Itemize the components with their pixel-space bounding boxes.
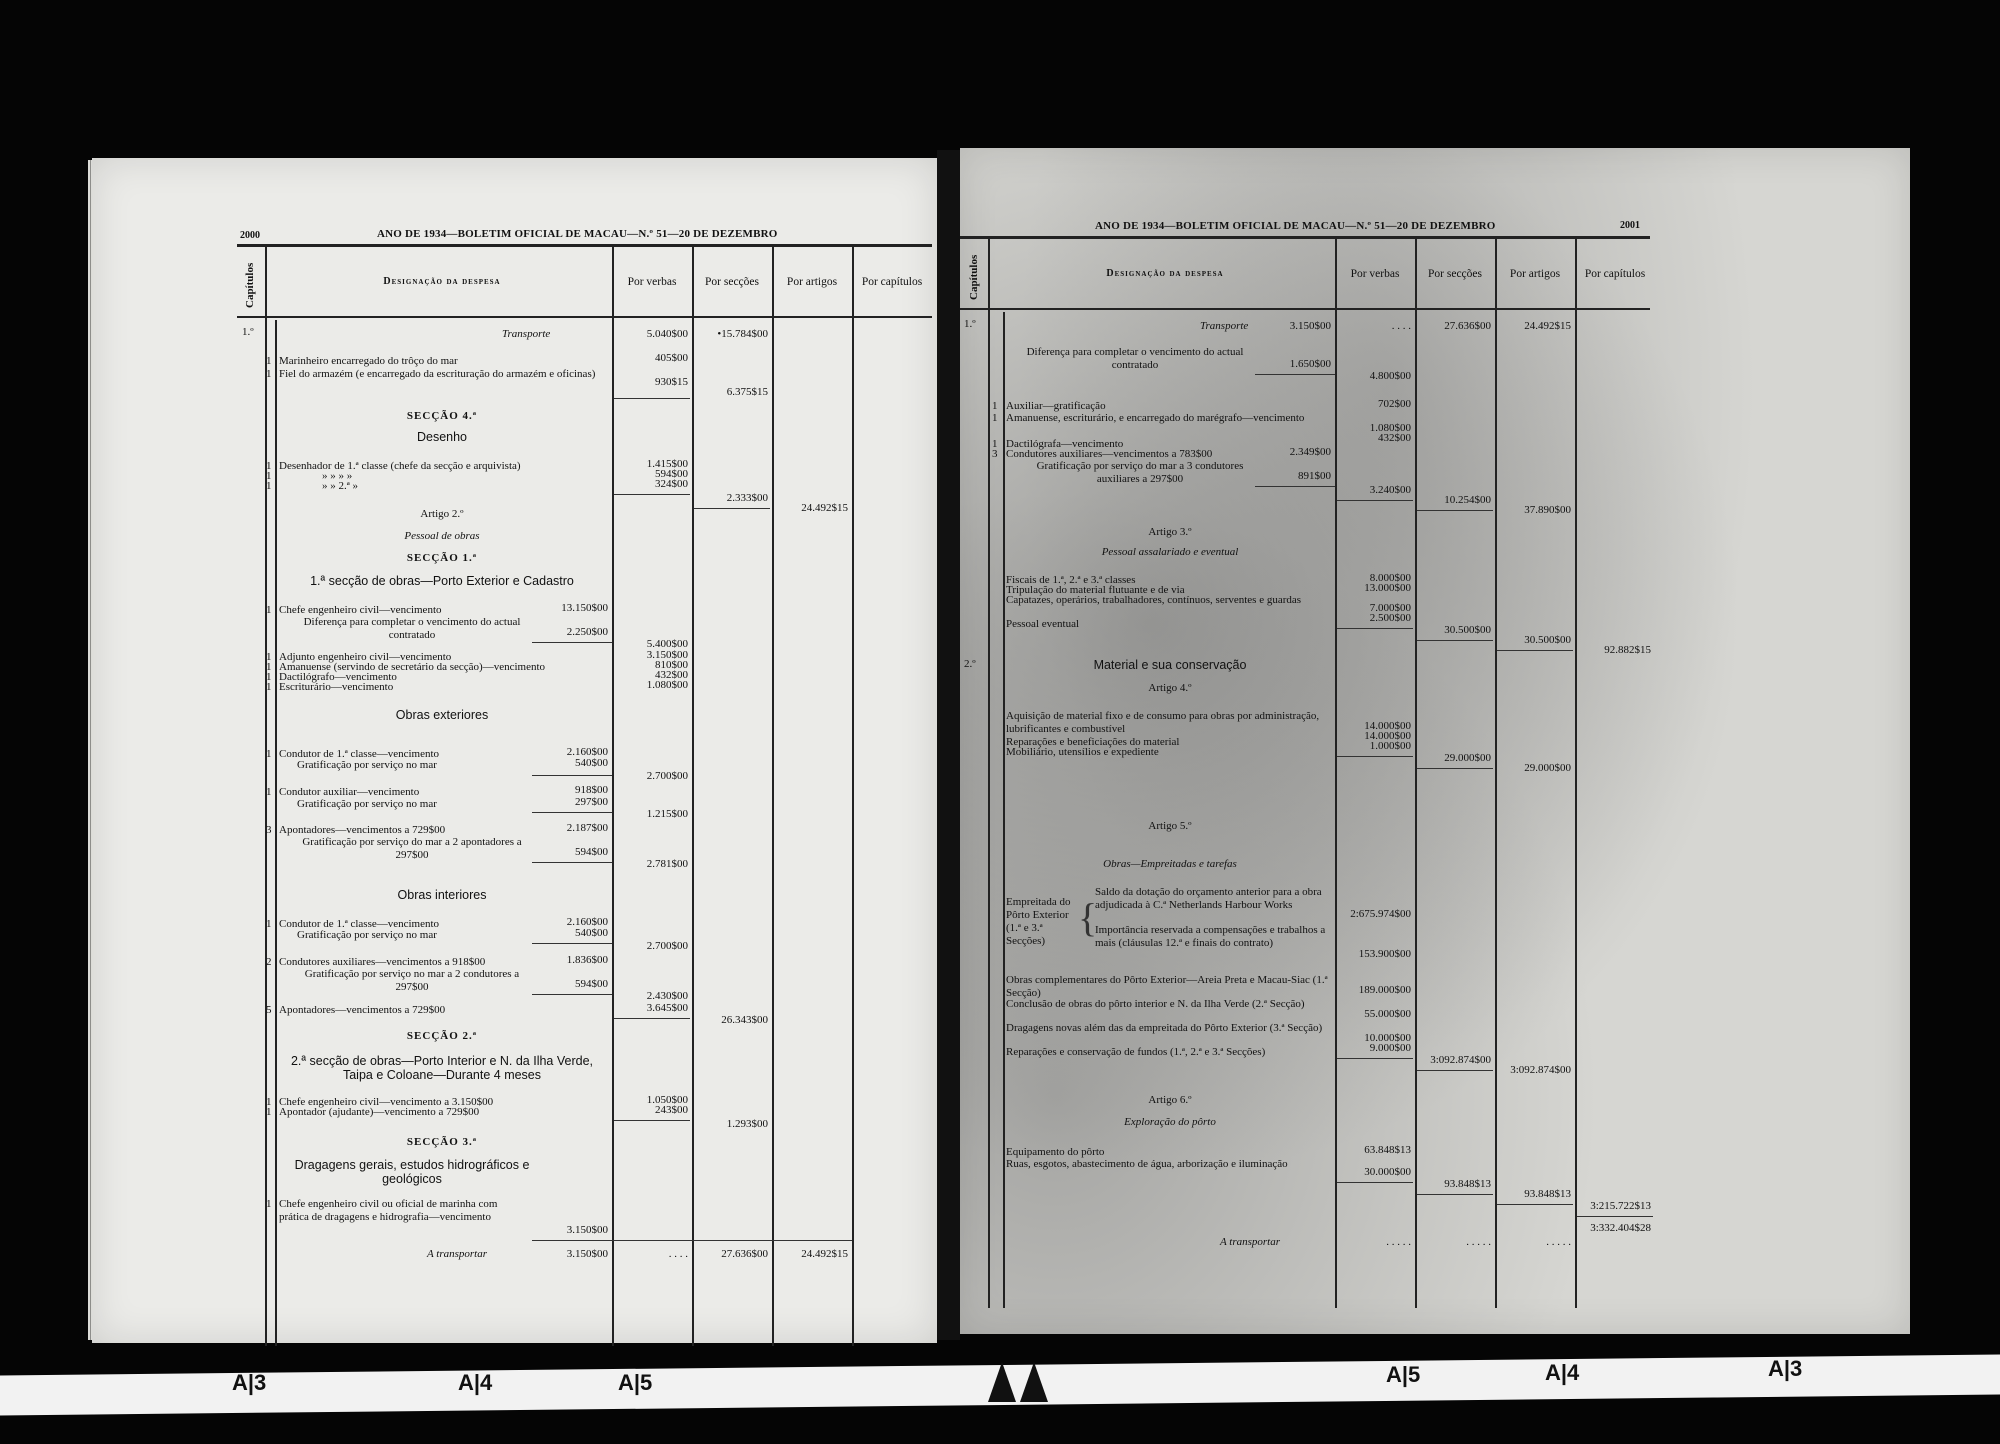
line-item: Conclusão de obras do pôrto interior e N… bbox=[1006, 998, 1331, 1011]
col-capitulos: Capítulos bbox=[968, 255, 980, 300]
subtotal-rule bbox=[1337, 628, 1413, 629]
line-item: Marinheiro encarregado do trôço do mar bbox=[279, 355, 458, 368]
right-page: ANO DE 1934—BOLETIM OFICIAL DE MACAU—N.º… bbox=[960, 148, 1910, 1334]
subtotal-rule bbox=[1577, 1216, 1653, 1217]
subtotal-rule bbox=[532, 1240, 852, 1241]
column-divider bbox=[612, 246, 614, 1346]
grand-total: 3:332.404$28 bbox=[1575, 1222, 1651, 1234]
line-item: Amanuense, escriturário, e encarregado d… bbox=[1006, 412, 1331, 425]
subtotal-rule bbox=[614, 1018, 690, 1019]
transporte-label: Transporte bbox=[502, 328, 550, 341]
line-item: Diferença para completar o vencimento do… bbox=[297, 616, 527, 642]
subtotal-rule bbox=[614, 1120, 690, 1121]
line-item: Importância reservada a compensações e t… bbox=[1095, 924, 1330, 950]
line-item: Apontador (ajudante)—vencimento a 729$00 bbox=[279, 1106, 479, 1119]
subtotal-rule bbox=[1417, 1070, 1493, 1071]
section-title: Material e sua conservação bbox=[1010, 658, 1330, 672]
article-subtitle: Exploração do pôrto bbox=[1010, 1116, 1330, 1128]
article-heading: Artigo 2.º bbox=[282, 508, 602, 520]
column-divider bbox=[692, 246, 694, 1346]
line-item: Apontadores—vencimentos a 729$00 bbox=[279, 1004, 445, 1017]
section-title: Obras interiores bbox=[282, 888, 602, 902]
line-item: Desenhador de 1.ª classe (chefe da secçã… bbox=[279, 460, 521, 473]
line-item: Diferença para completar o vencimento do… bbox=[1020, 346, 1250, 372]
book-gutter bbox=[937, 150, 960, 1340]
line-item: Mobiliário, utensílios e expediente bbox=[1006, 746, 1159, 759]
header-bottom-rule bbox=[237, 316, 932, 318]
column-divider bbox=[772, 246, 774, 1346]
transporte-seccoes: •15.784$00 bbox=[692, 328, 768, 340]
article-heading: Artigo 5.º bbox=[1010, 820, 1330, 832]
subtotal-rule bbox=[1417, 640, 1493, 641]
line-item: » » 2.ª » bbox=[322, 480, 358, 493]
column-divider bbox=[1575, 238, 1577, 1308]
line-item: Fiel do armazém (e encarregado da escrit… bbox=[279, 368, 609, 381]
frame-mark: A|3 bbox=[232, 1370, 266, 1396]
subtotal-rule bbox=[1255, 486, 1335, 487]
running-header: ANO DE 1934—BOLETIM OFICIAL DE MACAU—N.º… bbox=[1095, 220, 1496, 232]
subtotal-rule bbox=[1255, 374, 1335, 375]
subtotal-rule bbox=[614, 494, 690, 495]
header-rule bbox=[237, 244, 932, 247]
a-transportar-label: A transportar bbox=[427, 1248, 487, 1261]
subtotal-rule bbox=[694, 508, 770, 509]
article-subtitle: Pessoal assalariado e eventual bbox=[1010, 546, 1330, 558]
section-title: Dragagens gerais, estudos hidrográficos … bbox=[292, 1158, 532, 1186]
line-item: Capatazes, operários, trabalhadores, con… bbox=[1006, 594, 1331, 607]
section-heading: SECÇÃO 3.ª bbox=[282, 1136, 602, 1148]
line-item: Chefe engenheiro civil ou oficial de mar… bbox=[279, 1198, 529, 1224]
subtotal-rule bbox=[614, 398, 690, 399]
page-number: 2001 bbox=[1620, 220, 1640, 231]
col-por-verbas: Por verbas bbox=[612, 276, 692, 288]
subtotal-rule bbox=[1497, 1204, 1573, 1205]
subtotal-rule bbox=[532, 862, 612, 863]
frame-mark: A|3 bbox=[1768, 1356, 1802, 1382]
line-item: Dragagens novas além das da empreitada d… bbox=[1006, 1022, 1331, 1035]
section-title: Desenho bbox=[282, 430, 602, 444]
film-notch bbox=[1020, 1362, 1048, 1402]
subtotal-rule bbox=[532, 994, 612, 995]
column-divider bbox=[1415, 238, 1417, 1308]
col-por-artigos: Por artigos bbox=[1495, 268, 1575, 280]
transporte-verbas: 5.040$00 bbox=[612, 328, 688, 340]
subtotal-rule bbox=[532, 812, 612, 813]
subtotal-rule bbox=[1337, 1182, 1413, 1183]
subtotal-rule bbox=[1337, 1058, 1413, 1059]
line-item: Aquisição de material fixo e de consumo … bbox=[1006, 710, 1331, 736]
section-heading: SECÇÃO 1.ª bbox=[282, 552, 602, 564]
film-notch bbox=[988, 1362, 1016, 1402]
group-label: Empreitada do Pôrto Exterior (1.ª e 3.ª … bbox=[1006, 896, 1076, 948]
chapter-marker: 1.º bbox=[242, 326, 254, 339]
subtotal-rule bbox=[532, 775, 612, 776]
subtotal-rule bbox=[1417, 510, 1493, 511]
article-subtitle: Pessoal de obras bbox=[282, 530, 602, 542]
article-heading: Artigo 6.º bbox=[1010, 1094, 1330, 1106]
line-item: Obras complementares do Pôrto Exterior—A… bbox=[1006, 974, 1331, 1000]
line-item: Ruas, esgotos, abastecimento de água, ar… bbox=[1006, 1158, 1331, 1171]
section-heading: SECÇÃO 2.ª bbox=[282, 1030, 602, 1042]
line-item: Gratificação por serviço no mar bbox=[297, 929, 437, 942]
col-por-capitulos: Por capítulos bbox=[1575, 268, 1655, 280]
subtotal-rule bbox=[1337, 500, 1413, 501]
chapter-marker: 1.º bbox=[964, 318, 976, 331]
a-transportar-label: A transportar bbox=[1220, 1236, 1280, 1249]
col-designacao: Designação da despesa bbox=[272, 276, 612, 287]
header-rule bbox=[960, 236, 1650, 239]
col-capitulos: Capítulos bbox=[244, 263, 256, 308]
subtotal-rule bbox=[532, 642, 612, 643]
line-item: Escriturário—vencimento bbox=[279, 681, 393, 694]
article-heading: Artigo 3.º bbox=[1010, 526, 1330, 538]
column-divider bbox=[852, 246, 854, 1346]
line-item: Pessoal eventual bbox=[1006, 618, 1079, 631]
header-bottom-rule bbox=[960, 308, 1650, 310]
line-item: Reparações e conservação de fundos (1.ª,… bbox=[1006, 1046, 1265, 1059]
frame-mark: A|4 bbox=[458, 1370, 492, 1396]
page-number: 2000 bbox=[240, 230, 260, 241]
col-por-seccoes: Por secções bbox=[692, 276, 772, 288]
line-item: Gratificação por serviço no mar bbox=[297, 798, 437, 811]
subtotal-rule bbox=[1417, 1194, 1493, 1195]
col-por-verbas: Por verbas bbox=[1335, 268, 1415, 280]
subtotal-rule bbox=[532, 943, 612, 944]
line-item: Saldo da dotação do orçamento anterior p… bbox=[1095, 886, 1330, 912]
col-por-seccoes: Por secções bbox=[1415, 268, 1495, 280]
section-title: Obras exteriores bbox=[282, 708, 602, 722]
col-por-capitulos: Por capítulos bbox=[852, 276, 932, 288]
article-heading: Artigo 4.º bbox=[1010, 682, 1330, 694]
subtotal-rule bbox=[1497, 650, 1573, 651]
qty-divider bbox=[1003, 312, 1005, 1308]
running-header: ANO DE 1934—BOLETIM OFICIAL DE MACAU—N.º… bbox=[377, 228, 778, 240]
col-designacao: Designação da despesa bbox=[1000, 268, 1330, 279]
section-heading: SECÇÃO 4.ª bbox=[282, 410, 602, 422]
frame-mark: A|4 bbox=[1545, 1360, 1579, 1386]
chapter-marker: 2.º bbox=[964, 658, 976, 671]
frame-mark: A|5 bbox=[618, 1370, 652, 1396]
subtotal-rule bbox=[1417, 768, 1493, 769]
col-por-artigos: Por artigos bbox=[772, 276, 852, 288]
line-item: Gratificação por serviço do mar a 3 cond… bbox=[1030, 460, 1250, 486]
column-divider bbox=[988, 238, 990, 1308]
frame-mark: A|5 bbox=[1386, 1362, 1420, 1388]
qty-divider bbox=[275, 320, 277, 1346]
transporte-label: Transporte bbox=[1200, 320, 1248, 333]
line-item: Gratificação por serviço no mar bbox=[297, 759, 437, 772]
line-item: Gratificação por serviço do mar a 2 apon… bbox=[297, 836, 527, 862]
line-item: Gratificação por serviço no mar a 2 cond… bbox=[297, 968, 527, 994]
subtotal-rule bbox=[1337, 756, 1413, 757]
left-page: 2000 ANO DE 1934—BOLETIM OFICIAL DE MACA… bbox=[92, 158, 937, 1343]
section-title: 1.ª secção de obras—Porto Exterior e Cad… bbox=[272, 574, 612, 588]
article-subtitle: Obras—Empreitadas e tarefas bbox=[1010, 858, 1330, 870]
section-title: 2.ª secção de obras—Porto Interior e N. … bbox=[282, 1054, 602, 1082]
